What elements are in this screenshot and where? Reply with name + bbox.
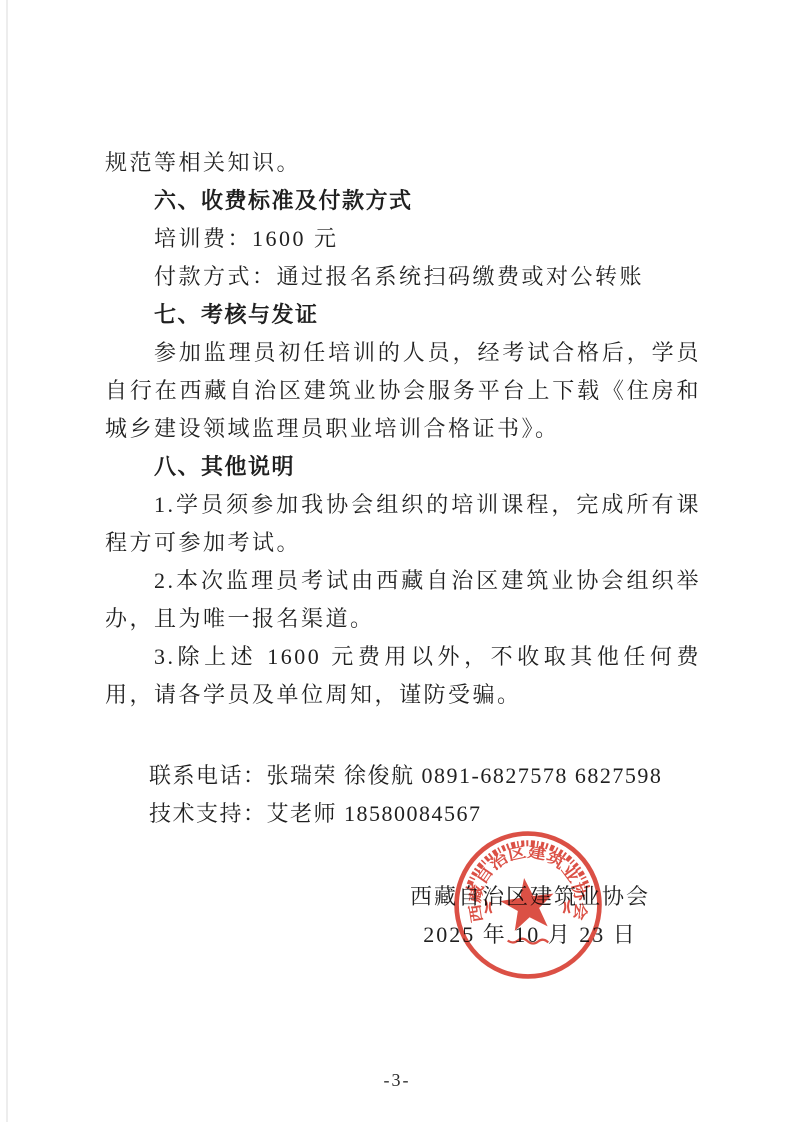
continuation-paragraph: 规范等相关知识。 [105,144,701,182]
section-7-heading: 七、考核与发证 [105,296,701,334]
section-8-heading: 八、其他说明 [105,448,701,486]
contact-block: 联系电话：张瑞荣 徐俊航 0891-6827578 6827598 技术支持：艾… [105,757,701,833]
tech-support-line: 技术支持：艾老师 18580084567 [105,795,701,833]
page-footer: -3- [0,1070,794,1091]
other-note-2: 2.本次监理员考试由西藏自治区建筑业协会组织举办，且为唯一报名渠道。 [105,562,701,638]
page-number: -3- [384,1070,411,1090]
document-body: 规范等相关知识。 六、收费标准及付款方式 培训费：1600 元 付款方式：通过报… [105,144,701,833]
signature-date: 2025 年 10 月 23 日 [369,916,691,954]
document-page: 规范等相关知识。 六、收费标准及付款方式 培训费：1600 元 付款方式：通过报… [0,0,794,1122]
section-6-heading: 六、收费标准及付款方式 [105,182,701,220]
other-note-3: 3.除上述 1600 元费用以外，不收取其他任何费用，请各学员及单位周知，谨防受… [105,638,701,714]
signature-block: 西藏自治区建筑业协会 2025 年 10 月 23 日 [369,878,691,954]
assessment-paragraph: 参加监理员初任培训的人员，经考试合格后，学员自行在西藏自治区建筑业协会服务平台上… [105,334,701,448]
scan-edge-artifact [6,0,8,1122]
signature-organization: 西藏自治区建筑业协会 [369,878,691,916]
fee-line: 培训费：1600 元 [105,220,701,258]
payment-line: 付款方式：通过报名系统扫码缴费或对公转账 [105,258,701,296]
contact-phone-line: 联系电话：张瑞荣 徐俊航 0891-6827578 6827598 [105,757,701,795]
other-note-1: 1.学员须参加我协会组织的培训课程，完成所有课程方可参加考试。 [105,486,701,562]
